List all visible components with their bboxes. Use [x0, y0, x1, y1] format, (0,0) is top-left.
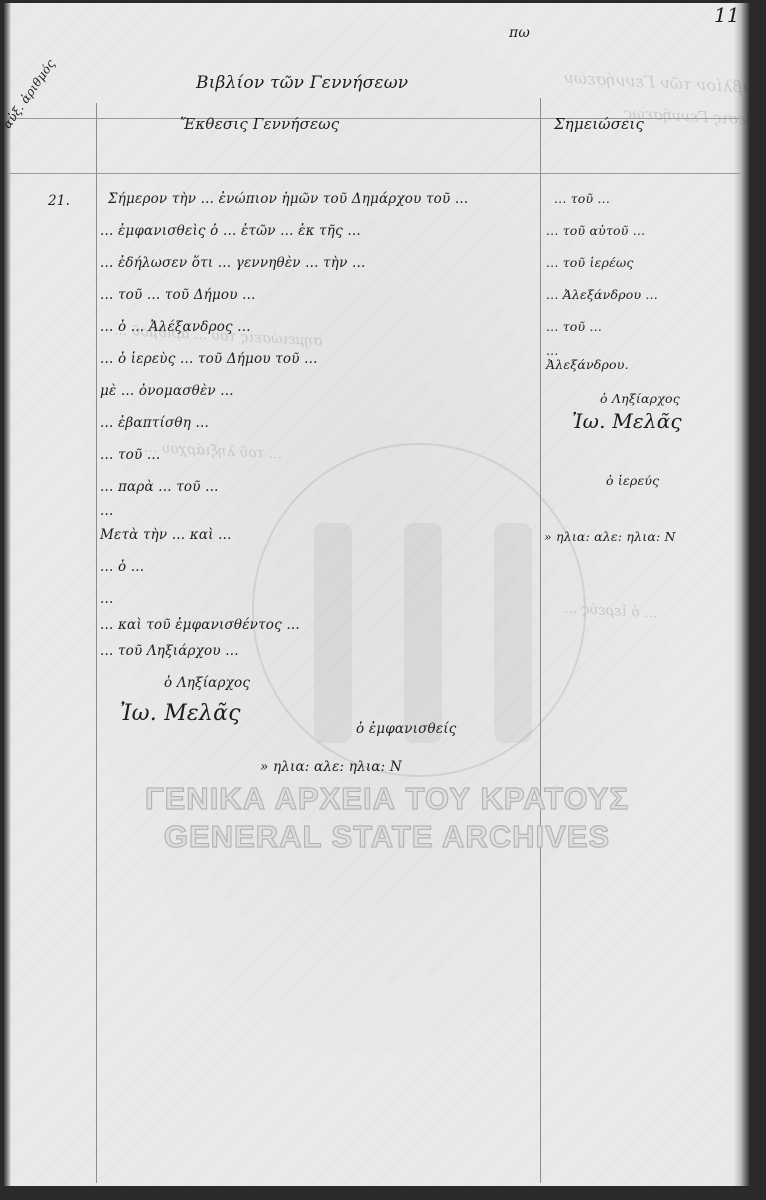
register-title: Βιβλίον τῶν Γεννήσεων — [196, 73, 408, 93]
body-line: ... — [100, 591, 113, 607]
page-binding-edge — [4, 3, 11, 1186]
body-line: ... ὁ ... Ἀλέξανδρος ... — [100, 319, 251, 335]
page-number: 11 — [714, 3, 740, 27]
bleed-through-text: Βιβλίον τῶν Γεννήσεων — [564, 68, 750, 97]
body-line: ... καὶ τοῦ ἐμφανισθέντος ... — [100, 617, 300, 633]
registrar-label: ὁ Ληξίαρχος — [164, 675, 250, 691]
body-line: ... ὁ ἱερεὺς ... τοῦ Δήμου τοῦ ... — [100, 351, 318, 367]
top-mark: πω — [509, 25, 530, 41]
note-line: ... τοῦ ἱερέως — [546, 255, 634, 270]
archive-stamp-bar — [494, 523, 532, 743]
body-line: μὲ ... ὀνομασθὲν ... — [100, 383, 234, 399]
margin-rule — [96, 103, 97, 1183]
body-line: ... ὁ ... — [100, 559, 144, 575]
note-line: ... τοῦ ... — [554, 191, 610, 206]
note-line: Ἀλεξάνδρου. — [546, 357, 629, 372]
body-line: ... παρὰ ... τοῦ ... — [100, 479, 219, 495]
body-line: Μετὰ τὴν ... καὶ ... — [100, 527, 232, 543]
column-header-notes: Σημειώσεις — [554, 115, 644, 133]
archive-watermark-greek: ΓΕΝΙΚΑ ΑΡΧΕΙΑ ΤΟΥ ΚΡΑΤΟΥΣ — [4, 781, 750, 817]
notes-priest-label: ὁ ἱερεύς — [606, 473, 659, 488]
entry-number: 21. — [48, 193, 70, 209]
bleed-through-text: ... τοῦ ληξιάρχου ... — [144, 439, 283, 462]
notes-registrar-signature: Ἰω. Μελᾶς — [572, 409, 682, 433]
notes-column-rule — [540, 98, 541, 1183]
header-bottom-rule — [10, 173, 740, 174]
notes-mark-line: » ηλια: αλε: ηλια: Ν — [544, 529, 676, 544]
body-line: ... — [100, 503, 113, 519]
body-line: Σήμερον τὴν ... ἐνώπιον ἡμῶν τοῦ Δημάρχο… — [108, 191, 468, 207]
body-line: ... τοῦ ... τοῦ Δήμου ... — [100, 287, 256, 303]
declarant-label: ὁ ἐμφανισθείς — [356, 721, 457, 737]
body-line: ... τοῦ ... — [100, 447, 160, 463]
note-line: ... τοῦ ... — [546, 319, 602, 334]
document-page: Βιβλίον τῶν Γεννήσεων Ἔκθεσις Γεννήσεως … — [4, 3, 750, 1186]
body-line: ... ἐμφανισθεὶς ὁ ... ἐτῶν ... ἐκ τῆς ..… — [100, 223, 361, 239]
registrar-signature: Ἰω. Μελᾶς — [120, 701, 241, 726]
notes-registrar-label: ὁ Ληξίαρχος — [600, 391, 680, 406]
archive-watermark-english: GENERAL STATE ARCHIVES — [4, 819, 750, 855]
column-header-main: Ἔκθεσις Γεννήσεως — [180, 115, 339, 133]
archive-stamp-bar — [404, 523, 442, 743]
body-line: ... ἐδήλωσεν ὅτι ... γεννηθὲν ... τὴν ..… — [100, 255, 365, 271]
note-line: ... τοῦ αὐτοῦ ... — [546, 223, 645, 238]
margin-header: αὐξ. ἀριθμός — [4, 57, 58, 131]
body-line: ... τοῦ Ληξιάρχου ... — [100, 643, 239, 659]
note-line: ... Ἀλεξάνδρου ... — [546, 287, 658, 302]
body-line: ... ἐβαπτίσθη ... — [100, 415, 209, 431]
declarant-signature: » ηλια: αλε: ηλια: Ν — [260, 759, 402, 775]
page-right-edge — [734, 3, 750, 1186]
archive-stamp-bar — [314, 523, 352, 743]
note-line: ... — [546, 343, 559, 358]
